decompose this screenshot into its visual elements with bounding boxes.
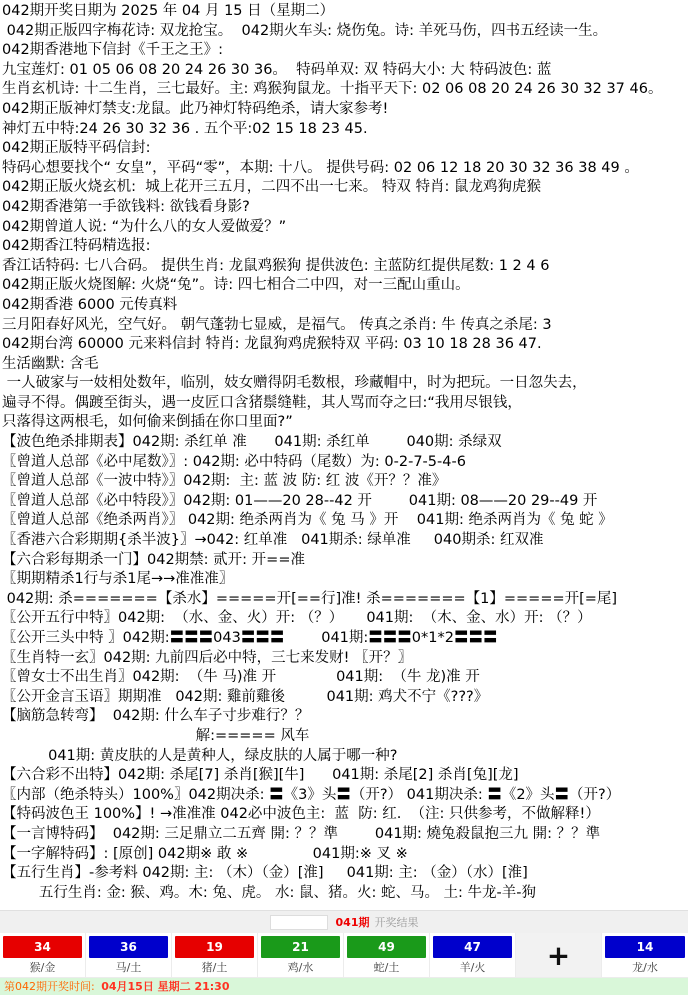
- text-line: 042期开奖日期为 2025 年 04 月 15 日（星期二）: [2, 2, 688, 22]
- text-line: 〖曾道人总部《绝杀两肖》〗 042期: 绝杀两肖为《 兔 马 》开 041期: …: [2, 511, 688, 531]
- result-zodiac-element-label: 猴/金: [0, 958, 85, 977]
- result-number: 47: [433, 936, 512, 958]
- result-cell: 47羊/火: [430, 933, 516, 978]
- text-line: 〖曾道人总部《一波中特》〗042期: 主: 蓝 波 防: 红 波《开？？准》: [2, 472, 688, 492]
- text-line: 042期正版神灯禁支:龙鼠。此乃神灯特码绝杀，请大家参考!: [2, 100, 688, 120]
- text-line: 一人破家与一妓相处数年，临别，妓女赠得阴毛数根，珍藏帽中，时为把玩。一日忽失去，: [2, 374, 688, 394]
- text-line: 【五行生肖】-参考料 042期: 主: （木）（金）[淮] 041期: 主: （…: [2, 864, 688, 884]
- result-cell: 21鸡/水: [258, 933, 344, 978]
- results-issue-label: 041期: [336, 914, 370, 930]
- text-line: 生肖玄机诗: 十二生肖，三七最好。主: 鸡猴狗鼠龙。十指平天下: 02 06 0…: [2, 80, 688, 100]
- results-numbers-row: 34猴/金36马/土19猪/土21鸡/水49蛇/土47羊/火+14龙/水: [0, 933, 688, 978]
- text-line: 生活幽默: 含毛: [2, 355, 688, 375]
- text-line: 042期正版四字梅花诗: 双龙抢宝。 042期火车头: 烧伤兔。诗: 羊死马伤，…: [2, 22, 688, 42]
- text-line: 【一字解特码】: [原创] 042期※ 敢 ※ 041期:※ 叉 ※: [2, 845, 688, 865]
- result-number: 14: [605, 936, 685, 958]
- text-line: 〖曾道人总部《必中尾数》〗: 042期: 必中特码（尾数）为: 0-2-7-5-…: [2, 453, 688, 473]
- result-cell: 36马/土: [86, 933, 172, 978]
- text-line: 042期香港 6000 元传真料: [2, 296, 688, 316]
- result-zodiac-element-label: 蛇/土: [344, 958, 429, 977]
- text-line: 〖期期精杀1行与杀1尾→→准准准〗: [2, 570, 688, 590]
- text-line: 【六合彩每期杀一门】042期禁: 贰开: 开==准: [2, 551, 688, 571]
- result-cell: 14龙/水: [602, 933, 688, 978]
- text-line: 【波色绝杀排期表】042期: 杀红单 准 041期: 杀红单 040期: 杀绿双: [2, 433, 688, 453]
- result-zodiac-element-label: 猪/土: [172, 958, 257, 977]
- text-line: 五行生肖: 金: 猴、鸡。木: 兔、虎。 水: 鼠、猪。火: 蛇、马。 土: 牛…: [2, 884, 688, 904]
- lottery-results-panel: 041期 开奖结果 34猴/金36马/土19猪/土21鸡/水49蛇/土47羊/火…: [0, 910, 688, 995]
- result-cell: 34猴/金: [0, 933, 86, 978]
- text-line: 【一言博特码】 042期: 三足鼎立二五齊 開: ？？準 041期: 燒兔殺鼠抱…: [2, 825, 688, 845]
- text-line: 香江话特码: 七八合码。 提供生肖: 龙鼠鸡猴狗 提供波色: 主蓝防红提供尾数:…: [2, 257, 688, 277]
- result-number: 21: [261, 936, 340, 958]
- result-zodiac-element-label: 龙/水: [602, 958, 688, 977]
- text-line: 042期正版火烧玄机: 城上花开三五月，二四不出一七来。 特双 特肖: 鼠龙鸡狗…: [2, 178, 688, 198]
- text-line: 〖公开五行中特〗042期: （水、金、火）开: （？） 041期: （木、金、水…: [2, 609, 688, 629]
- next-draw-bar: 第042期开奖时间: 04月15日 星期二 21:30: [0, 978, 688, 995]
- text-line: 042期曾道人说: “为什么八的女人爱做爱？”: [2, 218, 688, 238]
- text-line: 042期正版特平码信封:: [2, 139, 688, 159]
- result-zodiac-element-label: 鸡/水: [258, 958, 343, 977]
- result-zodiac-element-label: 羊/火: [430, 958, 515, 977]
- text-line: 遍寻不得。偶踱至街头，遇一皮匠口含猪鬃缝鞋，其人骂而夺之曰:“我用尽银钱，: [2, 394, 688, 414]
- lottery-tips-page: 042期开奖日期为 2025 年 04 月 15 日（星期二） 042期正版四字…: [0, 0, 688, 995]
- results-header-box: [270, 915, 328, 930]
- text-line: 042期香港地下信封《千王之王》:: [2, 41, 688, 61]
- text-line: 〖内部（绝杀特头）100%〗042期决杀: 〓《3》头〓（开?） 041期决杀:…: [2, 786, 688, 806]
- result-cell: 19猪/土: [172, 933, 258, 978]
- result-zodiac-element-label: 马/土: [86, 958, 171, 977]
- result-cell: 49蛇/土: [344, 933, 430, 978]
- text-line: 042期香江特码精选报:: [2, 237, 688, 257]
- next-draw-label: 第042期开奖时间:: [4, 980, 95, 993]
- text-line: 神灯五中特:24 26 30 32 36 . 五个平:02 15 18 23 4…: [2, 120, 688, 140]
- text-line: 〖香港六合彩期期{杀半波}〗→042: 红单准 041期杀: 绿单准 040期杀…: [2, 531, 688, 551]
- plus-icon: +: [547, 939, 570, 972]
- plus-separator: +: [516, 933, 602, 978]
- text-line: 【六合彩不出特】042期: 杀尾[7] 杀肖[猴][牛] 041期: 杀尾[2]…: [2, 766, 688, 786]
- result-number: 34: [3, 936, 82, 958]
- text-line: 〖生肖特一玄〗042期: 九前四后必中特，三七来发财! 〖开？〗: [2, 649, 688, 669]
- text-line: 只落得这两根毛，如何偷来倒插在你口里面?”: [2, 413, 688, 433]
- text-line: 【脑筋急转弯】 042期: 什么车子寸步难行？？: [2, 707, 688, 727]
- results-title-label: 开奖结果: [374, 914, 418, 930]
- next-draw-datetime: 04月15日 星期二 21:30: [101, 980, 229, 993]
- text-line: 〖公开金言玉语〗期期准 042期: 雞前雞後 041期: 鸡犬不宁《???》: [2, 688, 688, 708]
- text-line: 〖曾女士不出生肖〗042期: （牛 马)准 开 041期: （牛 龙)准 开: [2, 668, 688, 688]
- text-line: 042期: 杀=======【杀水】=====开[==行]准! 杀=======…: [2, 590, 688, 610]
- text-line: 041期: 黄皮肤的人是黄种人，绿皮肤的人属于哪一种?: [2, 747, 688, 767]
- text-line: 特码心想要找个“ 女皇”，平码“零”，本期: 十八。 提供号码: 02 06 1…: [2, 159, 688, 179]
- text-line: 〖公开三头中特 〗042期:〓〓〓043〓〓〓 041期:〓〓〓0*1*2〓〓〓: [2, 629, 688, 649]
- text-line: 042期正版火烧图解: 火烧“兔”。诗: 四七相合二中四，对一三配山重山。: [2, 276, 688, 296]
- tips-text-block: 042期开奖日期为 2025 年 04 月 15 日（星期二） 042期正版四字…: [2, 2, 688, 903]
- text-line: 三月阳春好风光，空气好。 朝气蓬勃七显威，是福气。 传真之杀肖: 牛 传真之杀尾…: [2, 316, 688, 336]
- text-line: 【特码波色王 100%】! →准准准 042必中波色主: 蓝 防: 红. （注:…: [2, 805, 688, 825]
- text-line: 九宝莲灯: 01 05 06 08 20 24 26 30 36。 特码单双: …: [2, 61, 688, 81]
- result-number: 49: [347, 936, 426, 958]
- text-line: 解:===== 风车: [2, 727, 688, 747]
- results-header: 041期 开奖结果: [0, 911, 688, 933]
- result-number: 36: [89, 936, 168, 958]
- text-line: 042期香港第一手欲钱料: 欲钱看身影?: [2, 198, 688, 218]
- text-line: 〖曾道人总部《必中特段》〗042期: 01——20 28--42 开 041期:…: [2, 492, 688, 512]
- text-line: 042期台湾 60000 元来料信封 特肖: 龙鼠狗鸡虎猴特双 平码: 03 1…: [2, 335, 688, 355]
- result-number: 19: [175, 936, 254, 958]
